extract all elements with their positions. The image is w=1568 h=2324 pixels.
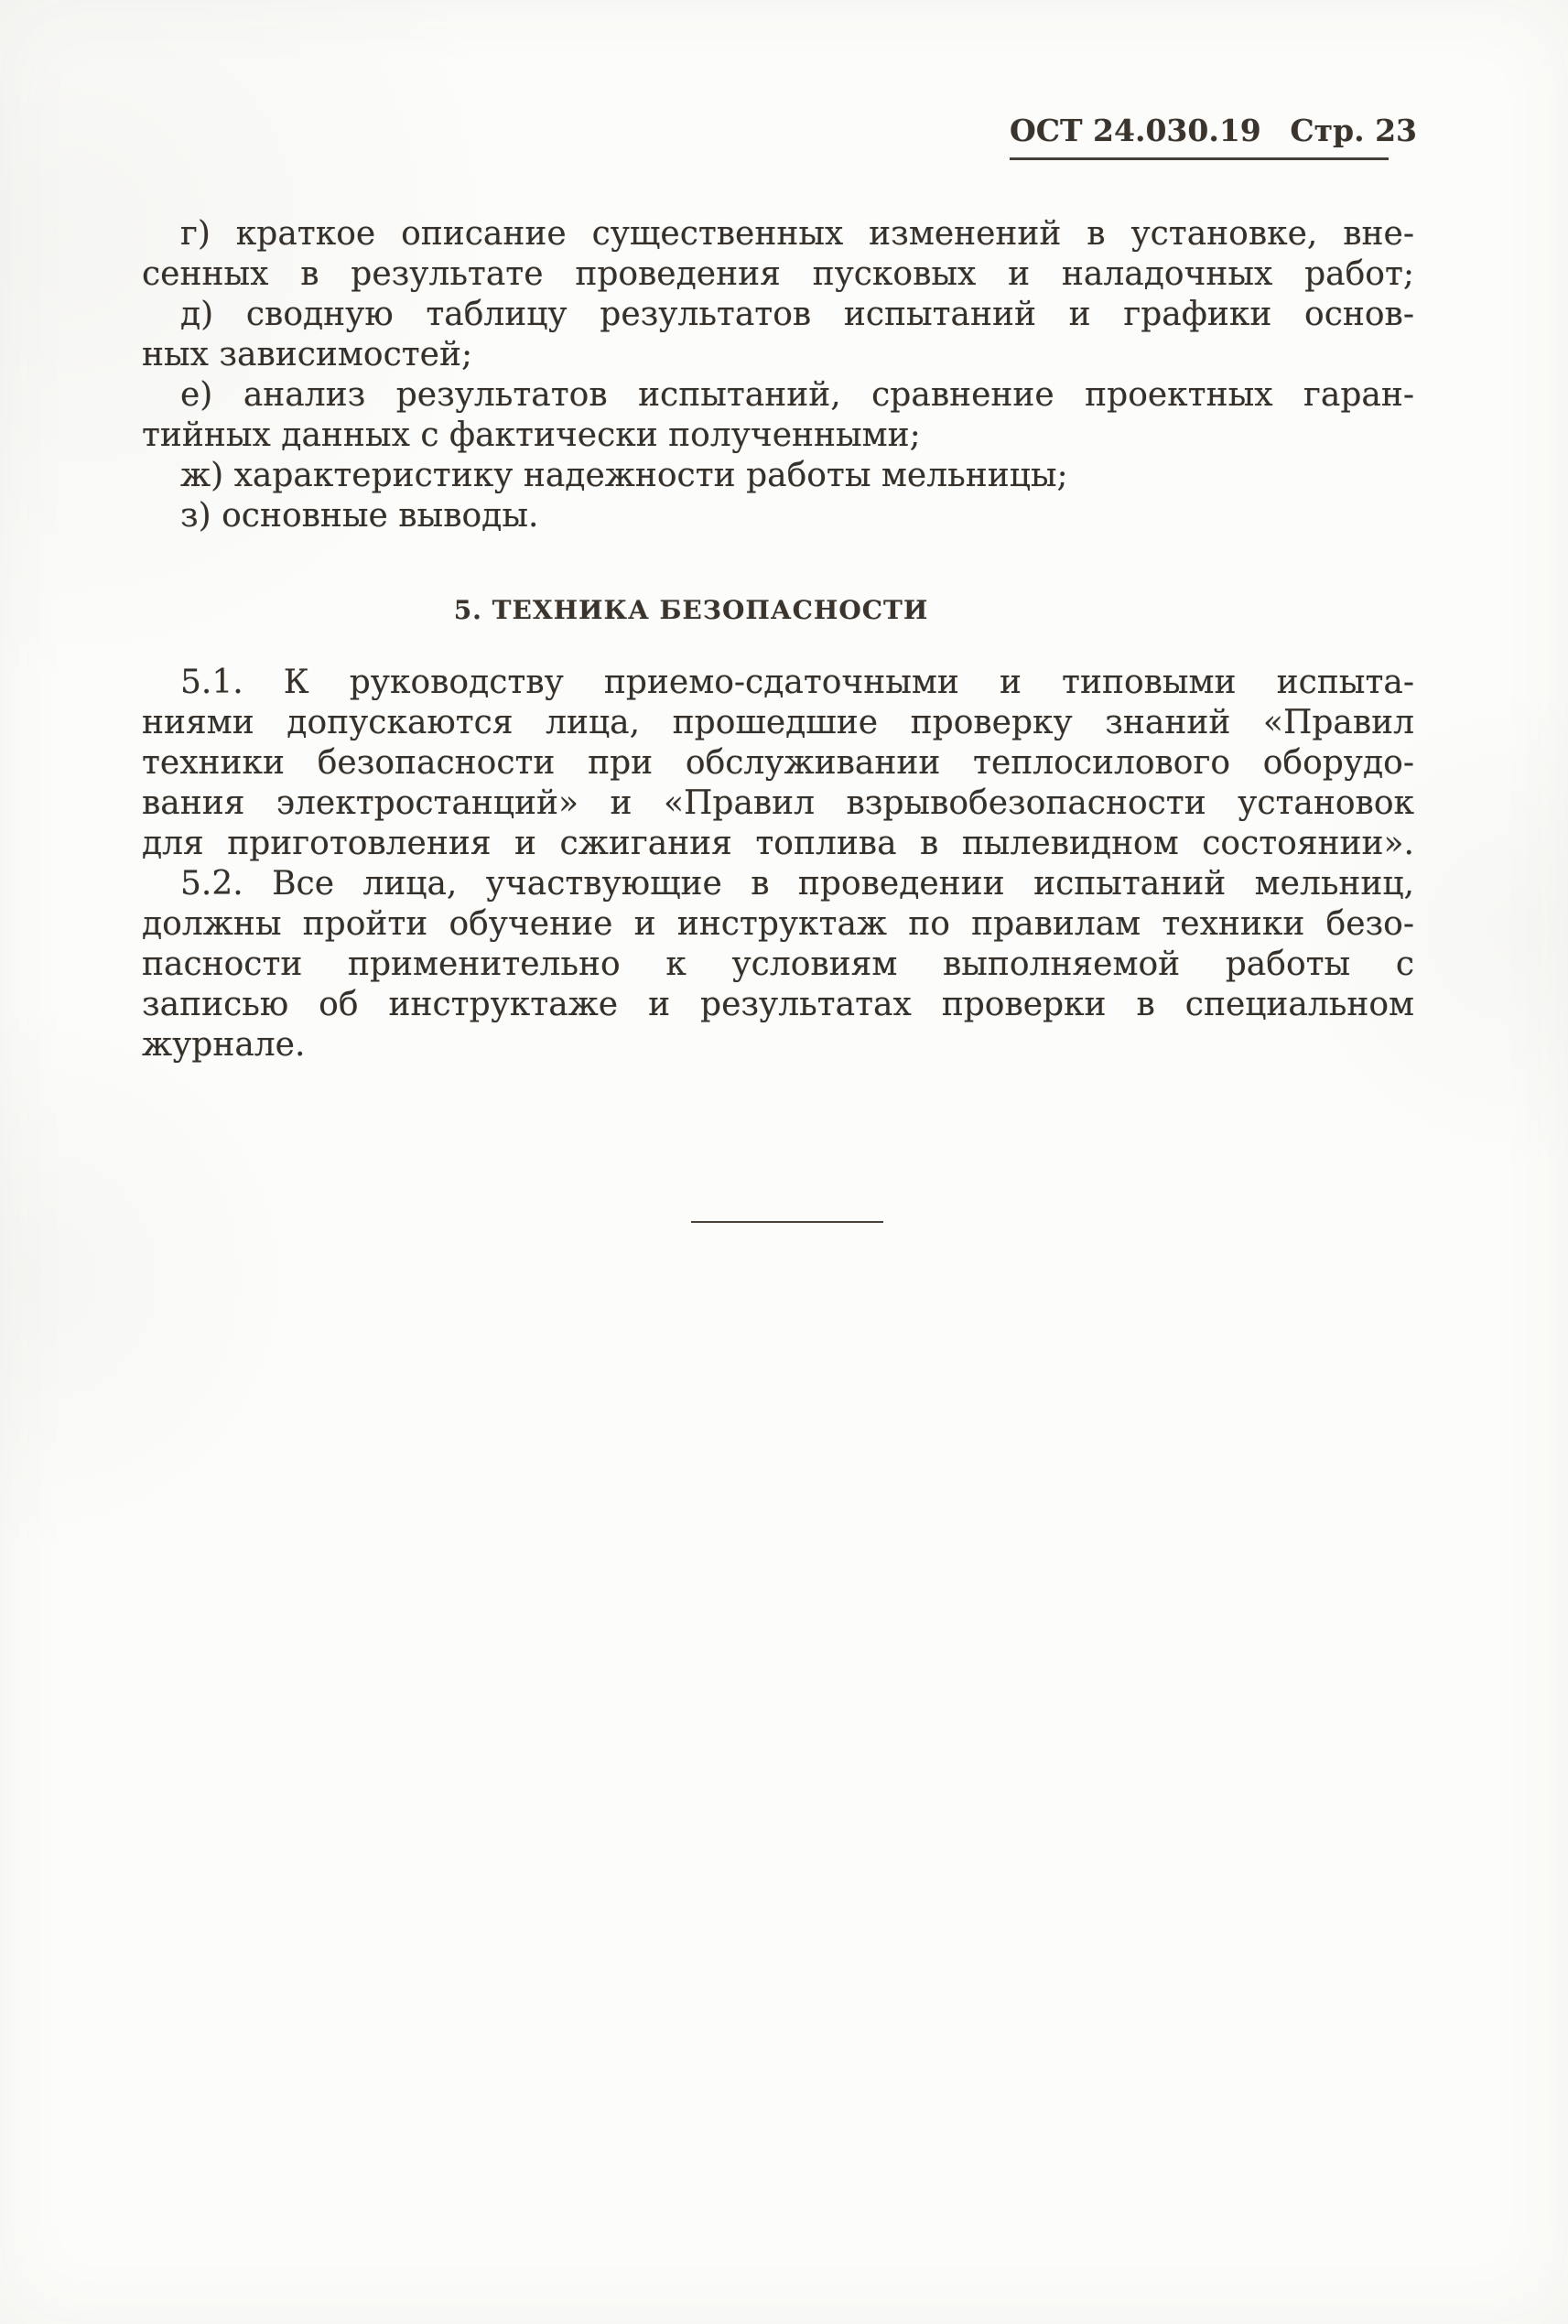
text-line: д) сводную таблицу результатов испытаний… bbox=[142, 295, 1414, 335]
text-line: журнале. bbox=[142, 1025, 1414, 1065]
text-line: записью об инструктаже и результатах про… bbox=[142, 985, 1414, 1025]
text-line: з) основные выводы. bbox=[142, 496, 1414, 536]
text-line: должны пройти обучение и инструктаж по п… bbox=[142, 904, 1414, 945]
report-contents-list: г) краткое описание существенных изменен… bbox=[142, 214, 1414, 536]
page-number-label: Стр. 23 bbox=[1290, 112, 1417, 150]
text-line: е) анализ результатов испытаний, сравнен… bbox=[142, 375, 1414, 416]
paragraph-5-2: 5.2. Все лица, участвующие в проведении … bbox=[142, 864, 1414, 1065]
section-heading: 5. ТЕХНИКА БЕЗОПАСНОСТИ bbox=[55, 590, 1327, 631]
text-line: для приготовления и сжигания топлива в п… bbox=[142, 824, 1414, 864]
text-line: ных зависимостей; bbox=[142, 335, 1414, 375]
text-line: ж) характеристику надежности работы мель… bbox=[142, 456, 1414, 496]
header-rule bbox=[1010, 157, 1389, 160]
page-header: ОСТ 24.030.19 Стр. 23 bbox=[1010, 112, 1417, 160]
scanned-document-page: ОСТ 24.030.19 Стр. 23 г) краткое описани… bbox=[0, 0, 1568, 2324]
text-line: г) краткое описание существенных изменен… bbox=[142, 214, 1414, 254]
text-line: техники безопасности при обслуживании те… bbox=[142, 743, 1414, 784]
standard-number: ОСТ 24.030.19 bbox=[1010, 112, 1261, 150]
document-body: г) краткое описание существенных изменен… bbox=[142, 214, 1414, 1223]
text-line: ниями допускаются лица, прошедшие провер… bbox=[142, 703, 1414, 743]
text-line: 5.1. К руководству приемо-сдаточными и т… bbox=[142, 663, 1414, 703]
text-line: тийных данных с фактически полученными; bbox=[142, 416, 1414, 456]
text-line: сенных в результате проведения пусковых … bbox=[142, 254, 1414, 295]
text-line: пасности применительно к условиям выполн… bbox=[142, 945, 1414, 985]
paragraph-5-1: 5.1. К руководству приемо-сдаточными и т… bbox=[142, 663, 1414, 864]
text-line: вания электростанций» и «Правил взрывобе… bbox=[142, 784, 1414, 824]
text-line: 5.2. Все лица, участвующие в проведении … bbox=[142, 864, 1414, 904]
end-of-text-divider bbox=[691, 1221, 883, 1223]
